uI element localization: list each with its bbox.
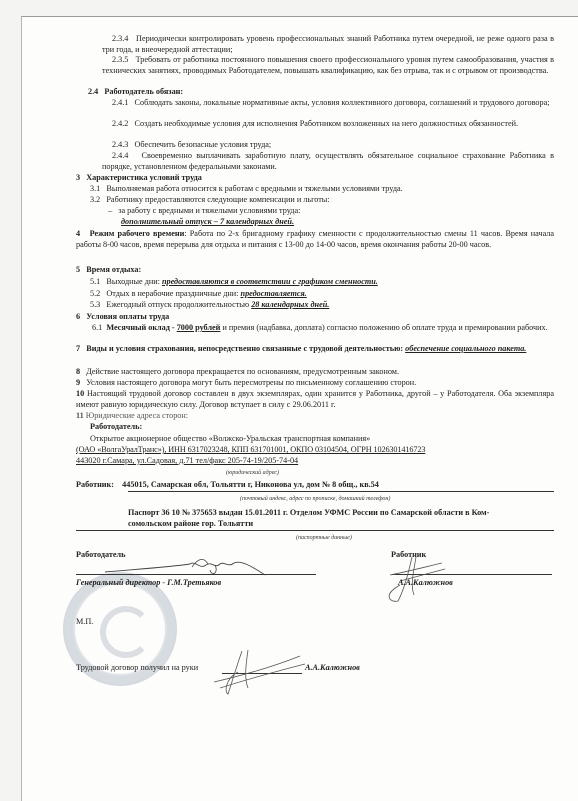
employer-requisites: (ОАО «ВолгаУралТранс»), ИНН 6317023248, … [76, 445, 425, 456]
employee-signer-name: А.А.Калюжнов [398, 578, 453, 589]
section-7: 7 Виды и условия страхования, непосредст… [76, 344, 554, 355]
clause-3-2-item: – за работу с вредными и тяжелыми услови… [108, 206, 300, 217]
clause-6-1: 6.1 Месячный оклад - 7000 рублей и преми… [92, 323, 554, 334]
clause-5-1: 5.1 Выходные дни: предоставляются в соот… [90, 277, 378, 288]
employer-address: 443020 г.Самара, ул.Садовая, д.71 тел/фа… [76, 456, 298, 467]
clause-2-4-1: 2.4.1 Соблюдать законы, локальные нормат… [102, 98, 554, 109]
contract-content: 2.3.4 Периодически контролировать уровен… [0, 0, 578, 800]
clause-2-3-4: 2.3.4 Периодически контролировать уровен… [102, 34, 554, 55]
clause-5-2: 5.2 Отдых в нерабочие праздничные дни: п… [90, 289, 307, 300]
section-2-4-heading: 2.4 Работодатель обязан: [88, 87, 183, 98]
clause-3-2-value: дополнительный отпуск – 7 календарных дн… [121, 217, 294, 228]
section-6-heading: 6 Условия оплаты труда [76, 312, 169, 323]
section-8: 8 Действие настоящего договора прекращае… [76, 367, 399, 378]
employer-signer-name: Генеральный директор - Г.М.Третьяков [76, 578, 221, 589]
section-3-heading: 3 Характеристика условий труда [76, 173, 202, 184]
employer-signature-icon [100, 555, 270, 580]
received-signer-name: А.А.Калюжнов [305, 663, 360, 674]
section-4: 4 Режим рабочего времени: Работа по 2-х … [76, 229, 554, 250]
employer-label: Работодатель: [90, 422, 142, 433]
section-9: 9 Условия настоящего договора могут быть… [76, 378, 416, 389]
employee-address-caption: (почтовый индекс, адрес по прописке, дом… [240, 494, 390, 505]
clause-2-4-3: 2.4.3 Обеспечить безопасные условия труд… [112, 140, 271, 151]
employer-name: Открытое акционерное общество «Волжско-У… [90, 434, 370, 445]
company-seal-logo-icon [100, 606, 152, 658]
employee-address-underline [128, 491, 554, 492]
clause-5-3: 5.3 Ежегодный отпуск продолжительностью … [90, 300, 329, 311]
employee-passport-line2: сомольском районе гор. Тольятти [128, 519, 253, 530]
clause-2-3-5: 2.3.5 Требовать от работника постоянного… [102, 55, 554, 76]
section-11: 11 Юридические адреса сторон: [76, 411, 188, 422]
received-signature-icon [200, 648, 310, 698]
clause-3-2: 3.2 Работнику предоставляются следующие … [90, 195, 330, 206]
employee-address-row: Работник: 445015, Самарская обл, Тольятт… [76, 480, 379, 491]
clause-2-4-2: 2.4.2 Создать необходимые условия для ис… [102, 119, 554, 130]
section-5-heading: 5 Время отдыха: [76, 265, 141, 276]
section-10: 10 Настоящий трудовой договор составлен … [76, 389, 554, 410]
employee-passport-caption: (паспортные данные) [296, 533, 352, 544]
clause-3-1: 3.1 Выполняемая работа относится к работ… [90, 184, 403, 195]
received-statement: Трудовой договор получил на руки [76, 663, 198, 674]
employer-address-caption: (юридический адрес) [226, 468, 279, 479]
clause-2-4-4: 2.4.4 Своевременно выплачивать заработну… [102, 151, 554, 172]
employee-passport-underline [76, 530, 554, 531]
employee-passport-line1: Паспорт 36 10 № 375653 выдан 15.01.2011 … [128, 508, 489, 519]
seal-label: М.П. [76, 617, 93, 628]
